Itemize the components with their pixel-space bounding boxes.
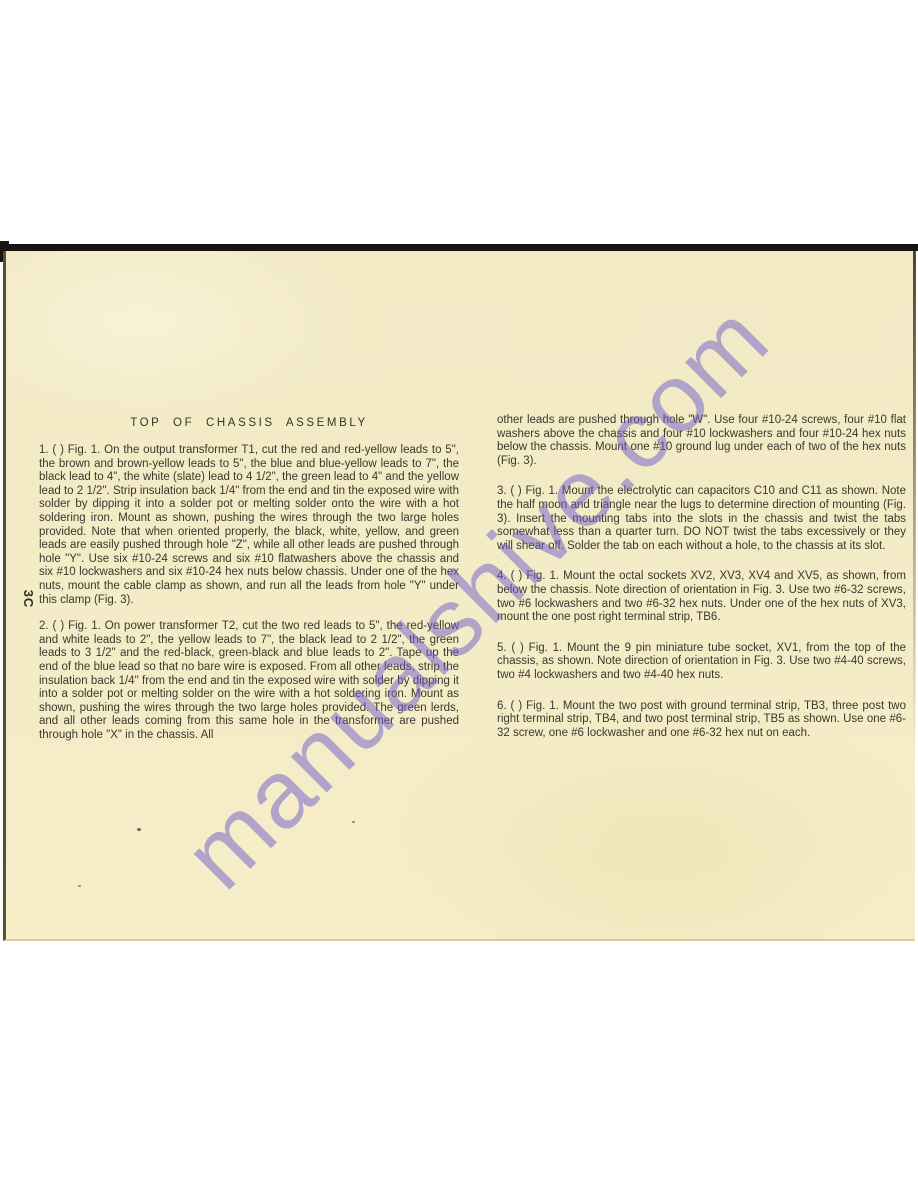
scan-speck [352,821,355,823]
instruction-step-2: 2. ( ) Fig. 1. On power transformer T2, … [39,620,459,742]
scan-speck [137,828,141,831]
instruction-step-3: 3. ( ) Fig. 1. Mount the electrolytic ca… [497,485,906,553]
instruction-step-1: 1. ( ) Fig. 1. On the output transformer… [39,444,459,607]
instruction-step-5: 5. ( ) Fig. 1. Mount the 9 pin miniature… [497,642,906,683]
paper-right-edge [913,251,916,751]
left-column: 1. ( ) Fig. 1. On the output transformer… [39,444,459,755]
right-column: other leads are pushed through hole "W".… [497,414,906,757]
instruction-step-4: 4. ( ) Fig. 1. Mount the octal sockets X… [497,570,906,624]
page-title: TOP OF CHASSIS ASSEMBLY [38,417,460,429]
scan-top-bar [0,244,918,251]
page-side-label: 3C [8,585,36,613]
instruction-step-2-continued: other leads are pushed through hole "W".… [497,414,906,468]
scan-speck [78,885,81,887]
instruction-step-6: 6. ( ) Fig. 1. Mount the two post with g… [497,700,906,741]
